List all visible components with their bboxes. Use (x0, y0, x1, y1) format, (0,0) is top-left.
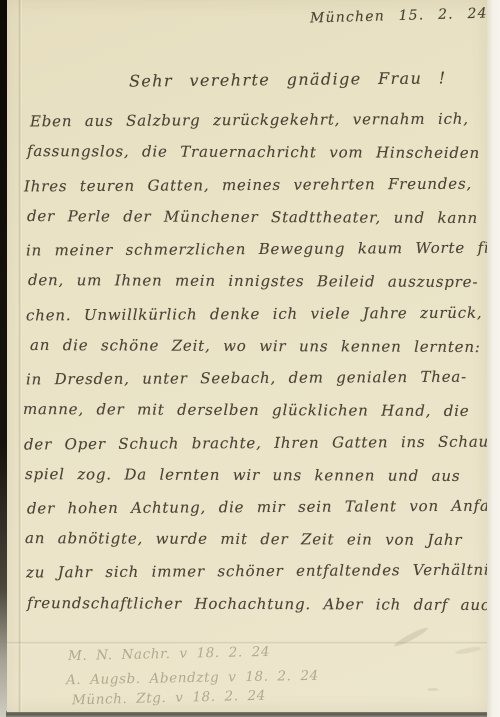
pencil-note: A. Augsb. Abendztg v 18. 2. 24 (66, 668, 319, 688)
letter-line: freundschaftlicher Hochachtung. Aber ich… (27, 594, 488, 614)
letter-page: München 15. 2. 24 Sehr verehrte gnädige … (7, 0, 488, 712)
letter-line: Eben aus Salzburg zurückgekehrt, vernahm… (30, 110, 469, 131)
letter-line: chen. Unwillkürlich denke ich viele Jahr… (26, 304, 482, 325)
vertical-fold-crease (18, 0, 22, 712)
letter-line: der hohen Achtung, die mir sein Talent v… (27, 497, 488, 518)
letter-line: den, um Ihnen mein innigstes Beileid aus… (28, 271, 478, 291)
dateline: München 15. 2. 24 (310, 6, 488, 27)
letter-line: spiel zog. Da lernten wir uns kennen und… (25, 465, 460, 485)
pencil-smudge (427, 688, 439, 691)
pencil-smudge (393, 625, 429, 648)
letter-line: manne, der mit derselben glücklichen Han… (23, 400, 470, 420)
letter-line: in meiner schmerzlichen Bewegung kaum Wo… (26, 239, 488, 260)
letter-line: an abnötigte, wurde mit der Zeit ein von… (25, 529, 462, 549)
letter-line: Ihres teuren Gatten, meines verehrten Fr… (24, 175, 472, 196)
letter-line: der Perle der Münchener Stadttheater, un… (27, 207, 478, 227)
pencil-note: M. N. Nachr. v 18. 2. 24 (68, 644, 270, 664)
scanbed-right-strip (487, 0, 500, 717)
letter-line: an die schöne Zeit, wo wir uns kennen le… (30, 336, 481, 356)
letter-scan: München 15. 2. 24 Sehr verehrte gnädige … (0, 0, 500, 717)
letter-line: fassungslos, die Trauernachricht vom Hin… (27, 142, 480, 162)
letter-line: in Dresden, unter Seebach, dem genialen … (26, 368, 467, 389)
salutation: Sehr verehrte gnädige Frau ! (129, 68, 447, 90)
letter-line: zu Jahr sich immer schöner entfaltendes … (26, 561, 488, 582)
letter-line: der Oper Schuch brachte, Ihren Gatten in… (24, 433, 488, 454)
pencil-note: Münch. Ztg. v 18. 2. 24 (72, 688, 266, 709)
pencil-smudge (455, 646, 481, 655)
